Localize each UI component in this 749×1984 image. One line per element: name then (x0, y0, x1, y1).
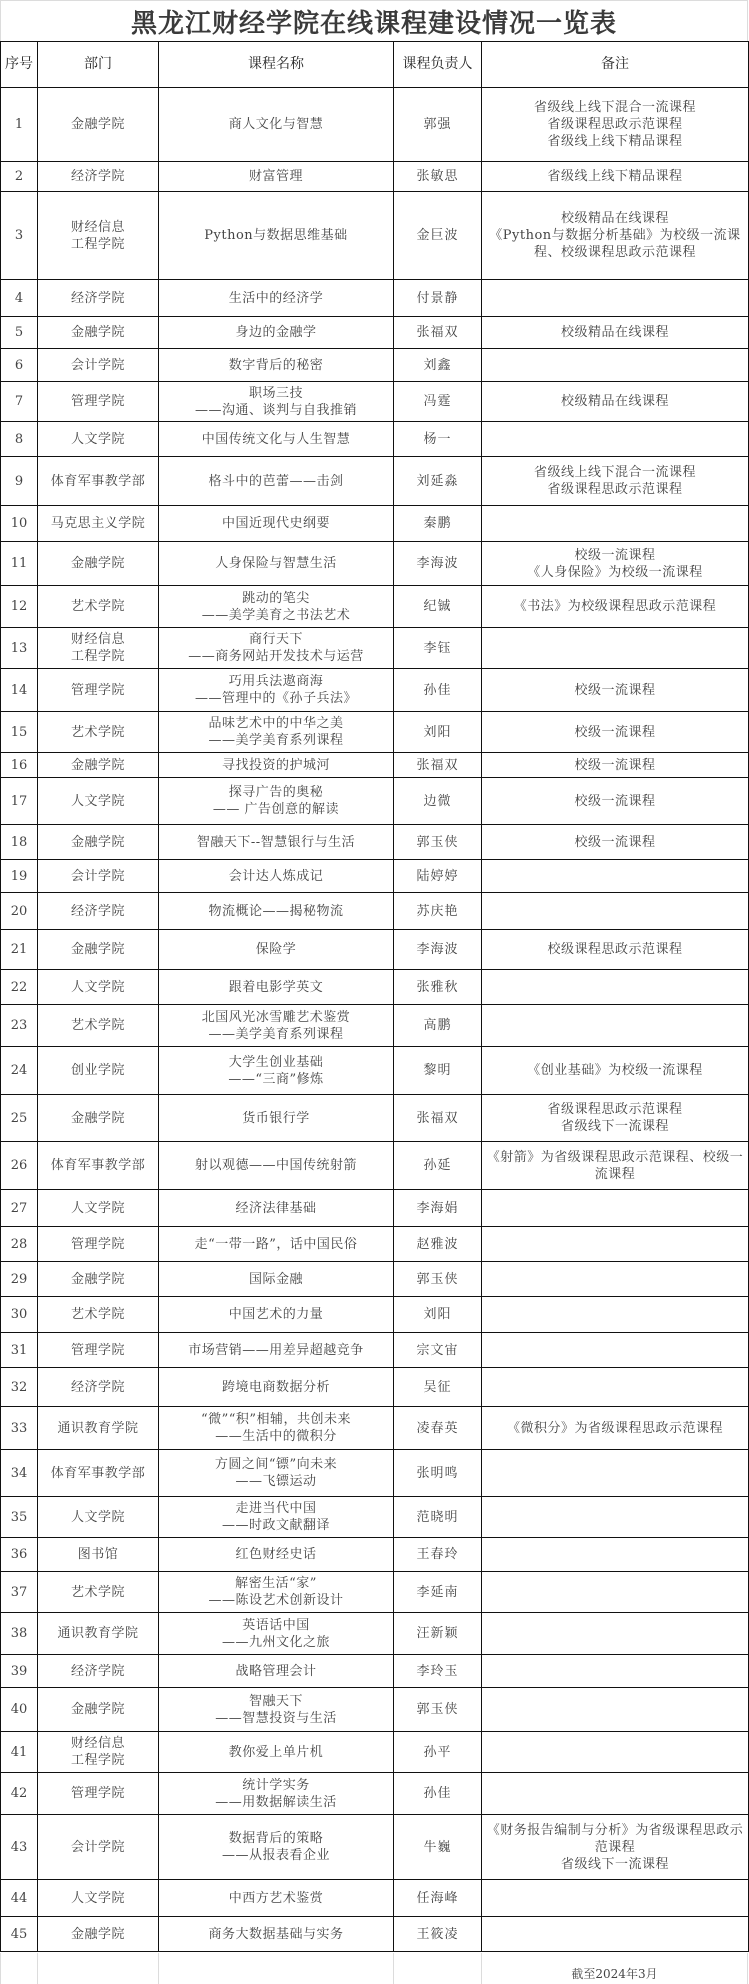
cell-course-lead: 李海波 (394, 542, 482, 586)
cell-course-name: 走“一带一路”，话中国民俗 (159, 1227, 394, 1262)
cell-dept: 金融学院 (38, 317, 159, 349)
table-row: 28 管理学院 走“一带一路”，话中国民俗 赵雅波 (1, 1227, 749, 1262)
header-course-lead: 课程负责人 (394, 42, 482, 88)
cell-note (482, 422, 749, 457)
cell-course-name: 智融天下 ——智慧投资与生活 (159, 1688, 394, 1732)
cell-no: 19 (1, 860, 38, 893)
title-area: 黑龙江财经学院在线课程建设情况一览表 (0, 0, 748, 41)
cell-note (482, 280, 749, 317)
cell-course-name: 教你爱上单片机 (159, 1732, 394, 1773)
cell-note (482, 1297, 749, 1333)
table-row: 17 人文学院 探寻广告的奥秘 —— 广告创意的解读 边微 校级一流课程 (1, 778, 749, 825)
table-row: 10 马克思主义学院 中国近现代史纲要 秦鹏 (1, 506, 749, 542)
cell-course-lead: 刘鑫 (394, 349, 482, 382)
cell-no: 7 (1, 382, 38, 422)
cell-note (482, 1732, 749, 1773)
cell-note (482, 893, 749, 930)
cell-note (482, 628, 749, 669)
cell-dept: 金融学院 (38, 542, 159, 586)
cell-course-name: 红色财经史话 (159, 1538, 394, 1572)
cell-no: 23 (1, 1005, 38, 1047)
cell-dept: 会计学院 (38, 1815, 159, 1880)
cell-no: 45 (1, 1917, 38, 1952)
table-row: 31 管理学院 市场营销——用差异超越竞争 宗文宙 (1, 1333, 749, 1368)
cell-dept: 艺术学院 (38, 1297, 159, 1333)
cell-no: 25 (1, 1095, 38, 1142)
cell-course-name: 跟着电影学英文 (159, 970, 394, 1005)
header-note: 备注 (482, 42, 749, 88)
cell-course-name: 北国风光冰雪雕艺术鉴赏 ——美学美育系列课程 (159, 1005, 394, 1047)
table-row: 13 财经信息 工程学院 商行天下 ——商务网站开发技术与运营 李钰 (1, 628, 749, 669)
cell-course-lead: 牛巍 (394, 1815, 482, 1880)
header-no: 序号 (1, 42, 38, 88)
course-table: 序号 部门 课程名称 课程负责人 备注 1 金融学院 商人文化与智慧 郭强 省级… (0, 41, 749, 1952)
cell-course-name: 大学生创业基础 ——“三商”修炼 (159, 1047, 394, 1095)
cell-course-name: 会计达人炼成记 (159, 860, 394, 893)
cell-course-lead: 李海娟 (394, 1190, 482, 1227)
cell-no: 35 (1, 1497, 38, 1538)
table-row: 26 体育军事教学部 射以观德——中国传统射箭 孙延 《射箭》为省级课程思政示范… (1, 1142, 749, 1190)
cell-dept: 经济学院 (38, 893, 159, 930)
header-dept: 部门 (38, 42, 159, 88)
gridline (393, 1953, 394, 1984)
cell-note: 校级课程思政示范课程 (482, 930, 749, 970)
table-row: 35 人文学院 走进当代中国 ——时政文献翻译 范晓明 (1, 1497, 749, 1538)
cell-course-name: 人身保险与智慧生活 (159, 542, 394, 586)
cell-dept: 会计学院 (38, 860, 159, 893)
cell-dept: 金融学院 (38, 753, 159, 778)
cell-note (482, 1917, 749, 1952)
cell-note (482, 1190, 749, 1227)
cell-course-lead: 杨一 (394, 422, 482, 457)
cell-course-name: 中西方艺术鉴赏 (159, 1880, 394, 1917)
cell-note: 校级精品在线课程 (482, 382, 749, 422)
cell-no: 36 (1, 1538, 38, 1572)
cell-no: 32 (1, 1368, 38, 1407)
cell-course-lead: 张敏思 (394, 162, 482, 192)
table-row: 24 创业学院 大学生创业基础 ——“三商”修炼 黎明 《创业基础》为校级一流课… (1, 1047, 749, 1095)
cell-note (482, 1613, 749, 1655)
page-title: 黑龙江财经学院在线课程建设情况一览表 (131, 3, 617, 40)
table-row: 5 金融学院 身边的金融学 张福双 校级精品在线课程 (1, 317, 749, 349)
cell-dept: 创业学院 (38, 1047, 159, 1095)
cell-course-name: 寻找投资的护城河 (159, 753, 394, 778)
table-row: 18 金融学院 智融天下--智慧银行与生活 郭玉侠 校级一流课程 (1, 825, 749, 860)
cell-course-lead: 张福双 (394, 753, 482, 778)
cell-note: 省级课程思政示范课程 省级线下一流课程 (482, 1095, 749, 1142)
cell-dept: 体育军事教学部 (38, 457, 159, 506)
cell-course-lead: 金巨波 (394, 192, 482, 280)
cell-dept: 经济学院 (38, 1655, 159, 1688)
table-row: 40 金融学院 智融天下 ——智慧投资与生活 郭玉侠 (1, 1688, 749, 1732)
cell-note (482, 970, 749, 1005)
cell-no: 28 (1, 1227, 38, 1262)
cell-dept: 管理学院 (38, 669, 159, 712)
cell-course-name: 格斗中的芭蕾——击剑 (159, 457, 394, 506)
cell-course-name: 数据背后的策略 ——从报表看企业 (159, 1815, 394, 1880)
cell-dept: 金融学院 (38, 1262, 159, 1297)
cell-dept: 财经信息 工程学院 (38, 1732, 159, 1773)
cell-course-lead: 郭玉侠 (394, 1262, 482, 1297)
table-row: 38 通识教育学院 英语话中国 ——九州文化之旅 汪新颖 (1, 1613, 749, 1655)
cell-course-lead: 孙平 (394, 1732, 482, 1773)
cell-course-lead: 张明鸣 (394, 1450, 482, 1497)
cell-dept: 人文学院 (38, 1190, 159, 1227)
cell-course-name: 职场三技 ——沟通、谈判与自我推销 (159, 382, 394, 422)
cell-course-lead: 汪新颖 (394, 1613, 482, 1655)
cell-dept: 通识教育学院 (38, 1613, 159, 1655)
table-row: 22 人文学院 跟着电影学英文 张雅秋 (1, 970, 749, 1005)
table-row: 1 金融学院 商人文化与智慧 郭强 省级线上线下混合一流课程 省级课程思政示范课… (1, 88, 749, 162)
cell-course-name: 市场营销——用差异超越竞争 (159, 1333, 394, 1368)
cell-course-lead: 王春玲 (394, 1538, 482, 1572)
cell-no: 16 (1, 753, 38, 778)
cell-course-name: 物流概论——揭秘物流 (159, 893, 394, 930)
table-body: 1 金融学院 商人文化与智慧 郭强 省级线上线下混合一流课程 省级课程思政示范课… (1, 88, 749, 1952)
cell-course-lead: 纪铖 (394, 586, 482, 628)
cell-note: 省级线上线下混合一流课程 省级课程思政示范课程 省级线上线下精品课程 (482, 88, 749, 162)
cell-dept: 会计学院 (38, 349, 159, 382)
cell-no: 41 (1, 1732, 38, 1773)
cell-course-lead: 黎明 (394, 1047, 482, 1095)
cell-note: 校级一流课程 《人身保险》为校级一流课程 (482, 542, 749, 586)
cell-course-lead: 郭强 (394, 88, 482, 162)
cell-course-name: 国际金融 (159, 1262, 394, 1297)
cell-course-lead: 郭玉侠 (394, 825, 482, 860)
cell-course-lead: 秦鹏 (394, 506, 482, 542)
cell-dept: 管理学院 (38, 1227, 159, 1262)
table-row: 29 金融学院 国际金融 郭玉侠 (1, 1262, 749, 1297)
table-row: 11 金融学院 人身保险与智慧生活 李海波 校级一流课程 《人身保险》为校级一流… (1, 542, 749, 586)
cell-dept: 金融学院 (38, 930, 159, 970)
cell-note: 省级线上线下混合一流课程 省级课程思政示范课程 (482, 457, 749, 506)
cell-course-name: 生活中的经济学 (159, 280, 394, 317)
cell-note (482, 1368, 749, 1407)
table-row: 34 体育军事教学部 方圆之间“镖”向未来 ——飞镖运动 张明鸣 (1, 1450, 749, 1497)
cell-course-lead: 凌春英 (394, 1407, 482, 1450)
cell-course-lead: 吴征 (394, 1368, 482, 1407)
cell-no: 1 (1, 88, 38, 162)
cell-dept: 艺术学院 (38, 1572, 159, 1613)
cell-note: 校级一流课程 (482, 712, 749, 753)
cell-no: 11 (1, 542, 38, 586)
cell-note: 《书法》为校级课程思政示范课程 (482, 586, 749, 628)
cell-no: 6 (1, 349, 38, 382)
cell-no: 31 (1, 1333, 38, 1368)
cell-course-name: 中国艺术的力量 (159, 1297, 394, 1333)
cell-no: 42 (1, 1773, 38, 1815)
table-row: 32 经济学院 跨境电商数据分析 吴征 (1, 1368, 749, 1407)
cell-course-name: 品味艺术中的中华之美 ——美学美育系列课程 (159, 712, 394, 753)
cell-no: 8 (1, 422, 38, 457)
header-course-name: 课程名称 (159, 42, 394, 88)
cell-note (482, 1227, 749, 1262)
cell-course-lead: 范晓明 (394, 1497, 482, 1538)
cell-no: 10 (1, 506, 38, 542)
cell-course-lead: 赵雅波 (394, 1227, 482, 1262)
cell-course-lead: 陆婷婷 (394, 860, 482, 893)
cell-course-name: 统计学实务 ——用数据解读生活 (159, 1773, 394, 1815)
cell-note (482, 506, 749, 542)
cell-course-name: 英语话中国 ——九州文化之旅 (159, 1613, 394, 1655)
cell-no: 21 (1, 930, 38, 970)
table-row: 42 管理学院 统计学实务 ——用数据解读生活 孙佳 (1, 1773, 749, 1815)
cell-note: 《射箭》为省级课程思政示范课程、校级一流课程 (482, 1142, 749, 1190)
table-row: 3 财经信息 工程学院 Python与数据思维基础 金巨波 校级精品在线课程 《… (1, 192, 749, 280)
cell-dept: 艺术学院 (38, 1005, 159, 1047)
cell-dept: 管理学院 (38, 382, 159, 422)
footer-row: 截至2024年3月 (0, 1953, 748, 1984)
cell-note (482, 1262, 749, 1297)
cell-course-lead: 付景静 (394, 280, 482, 317)
cell-dept: 经济学院 (38, 280, 159, 317)
cell-course-lead: 边微 (394, 778, 482, 825)
table-row: 39 经济学院 战略管理会计 李玲玉 (1, 1655, 749, 1688)
table-header-row: 序号 部门 课程名称 课程负责人 备注 (1, 42, 749, 88)
cell-course-lead: 王筱凌 (394, 1917, 482, 1952)
cell-course-lead: 郭玉侠 (394, 1688, 482, 1732)
cell-note: 校级精品在线课程 《Python与数据分析基础》为校级一流课程、校级课程思政示范… (482, 192, 749, 280)
cell-dept: 金融学院 (38, 1688, 159, 1732)
cell-note (482, 1333, 749, 1368)
cell-no: 39 (1, 1655, 38, 1688)
cell-course-lead: 李海波 (394, 930, 482, 970)
table-row: 15 艺术学院 品味艺术中的中华之美 ——美学美育系列课程 刘阳 校级一流课程 (1, 712, 749, 753)
gridline (37, 1953, 38, 1984)
cell-course-lead: 苏庆艳 (394, 893, 482, 930)
cell-dept: 体育军事教学部 (38, 1450, 159, 1497)
cell-course-name: 商人文化与智慧 (159, 88, 394, 162)
cell-dept: 经济学院 (38, 162, 159, 192)
table-row: 4 经济学院 生活中的经济学 付景静 (1, 280, 749, 317)
table-row: 27 人文学院 经济法律基础 李海娟 (1, 1190, 749, 1227)
cell-dept: 管理学院 (38, 1333, 159, 1368)
cell-note: 校级一流课程 (482, 753, 749, 778)
cell-no: 40 (1, 1688, 38, 1732)
table-row: 19 会计学院 会计达人炼成记 陆婷婷 (1, 860, 749, 893)
cell-no: 24 (1, 1047, 38, 1095)
cell-note (482, 1880, 749, 1917)
cell-no: 22 (1, 970, 38, 1005)
cell-course-lead: 冯霆 (394, 382, 482, 422)
cell-course-name: 货币银行学 (159, 1095, 394, 1142)
cell-dept: 经济学院 (38, 1368, 159, 1407)
cell-no: 20 (1, 893, 38, 930)
cell-note: 省级线上线下精品课程 (482, 162, 749, 192)
cell-no: 17 (1, 778, 38, 825)
cell-dept: 人文学院 (38, 778, 159, 825)
table-row: 2 经济学院 财富管理 张敏思 省级线上线下精品课程 (1, 162, 749, 192)
table-row: 41 财经信息 工程学院 教你爱上单片机 孙平 (1, 1732, 749, 1773)
cell-course-lead: 张福双 (394, 1095, 482, 1142)
table-row: 30 艺术学院 中国艺术的力量 刘阳 (1, 1297, 749, 1333)
cell-course-name: 探寻广告的奥秘 —— 广告创意的解读 (159, 778, 394, 825)
cell-note: 校级一流课程 (482, 825, 749, 860)
table-row: 20 经济学院 物流概论——揭秘物流 苏庆艳 (1, 893, 749, 930)
cell-note: 校级一流课程 (482, 669, 749, 712)
cell-dept: 金融学院 (38, 88, 159, 162)
cell-course-name: 战略管理会计 (159, 1655, 394, 1688)
cell-course-name: Python与数据思维基础 (159, 192, 394, 280)
cell-no: 29 (1, 1262, 38, 1297)
cell-no: 5 (1, 317, 38, 349)
cell-note (482, 1538, 749, 1572)
cell-note (482, 1688, 749, 1732)
cell-course-name: 走进当代中国 ——时政文献翻译 (159, 1497, 394, 1538)
cell-no: 14 (1, 669, 38, 712)
cell-note: 校级一流课程 (482, 778, 749, 825)
cell-course-lead: 李钰 (394, 628, 482, 669)
cell-no: 44 (1, 1880, 38, 1917)
table-row: 25 金融学院 货币银行学 张福双 省级课程思政示范课程 省级线下一流课程 (1, 1095, 749, 1142)
table-row: 43 会计学院 数据背后的策略 ——从报表看企业 牛巍 《财务报告编制与分析》为… (1, 1815, 749, 1880)
cell-note: 《微积分》为省级课程思政示范课程 (482, 1407, 749, 1450)
cell-no: 43 (1, 1815, 38, 1880)
cell-no: 18 (1, 825, 38, 860)
cell-course-name: 跨境电商数据分析 (159, 1368, 394, 1407)
cell-no: 15 (1, 712, 38, 753)
cell-dept: 管理学院 (38, 1773, 159, 1815)
cell-no: 30 (1, 1297, 38, 1333)
cell-no: 38 (1, 1613, 38, 1655)
cell-note (482, 1572, 749, 1613)
cell-no: 2 (1, 162, 38, 192)
cell-no: 26 (1, 1142, 38, 1190)
cell-course-name: 跳动的笔尖 ——美学美育之书法艺术 (159, 586, 394, 628)
cell-course-name: 财富管理 (159, 162, 394, 192)
cell-note (482, 1497, 749, 1538)
cell-note (482, 1655, 749, 1688)
table-row: 44 人文学院 中西方艺术鉴赏 任海峰 (1, 1880, 749, 1917)
cell-dept: 金融学院 (38, 1095, 159, 1142)
cell-dept: 金融学院 (38, 1917, 159, 1952)
cell-course-lead: 刘阳 (394, 712, 482, 753)
cell-course-lead: 张雅秋 (394, 970, 482, 1005)
cell-course-lead: 张福双 (394, 317, 482, 349)
as-of-date: 截至2024年3月 (481, 1965, 748, 1982)
cell-dept: 通识教育学院 (38, 1407, 159, 1450)
cell-no: 27 (1, 1190, 38, 1227)
cell-note: 校级精品在线课程 (482, 317, 749, 349)
table-row: 8 人文学院 中国传统文化与人生智慧 杨一 (1, 422, 749, 457)
cell-course-name: 中国近现代史纲要 (159, 506, 394, 542)
cell-no: 37 (1, 1572, 38, 1613)
cell-course-name: 保险学 (159, 930, 394, 970)
cell-dept: 艺术学院 (38, 586, 159, 628)
table-row: 14 管理学院 巧用兵法遨商海 ——管理中的《孙子兵法》 孙佳 校级一流课程 (1, 669, 749, 712)
gridline (158, 1953, 159, 1984)
cell-dept: 金融学院 (38, 825, 159, 860)
cell-dept: 艺术学院 (38, 712, 159, 753)
cell-note: 《创业基础》为校级一流课程 (482, 1047, 749, 1095)
table-row: 16 金融学院 寻找投资的护城河 张福双 校级一流课程 (1, 753, 749, 778)
cell-no: 3 (1, 192, 38, 280)
cell-course-name: 商务大数据基础与实务 (159, 1917, 394, 1952)
cell-course-name: 经济法律基础 (159, 1190, 394, 1227)
cell-dept: 体育军事教学部 (38, 1142, 159, 1190)
cell-course-lead: 孙佳 (394, 1773, 482, 1815)
cell-course-name: 身边的金融学 (159, 317, 394, 349)
cell-course-lead: 李延南 (394, 1572, 482, 1613)
table-row: 9 体育军事教学部 格斗中的芭蕾——击剑 刘延淼 省级线上线下混合一流课程 省级… (1, 457, 749, 506)
table-row: 23 艺术学院 北国风光冰雪雕艺术鉴赏 ——美学美育系列课程 高鹏 (1, 1005, 749, 1047)
table-row: 36 图书馆 红色财经史话 王春玲 (1, 1538, 749, 1572)
table-row: 12 艺术学院 跳动的笔尖 ——美学美育之书法艺术 纪铖 《书法》为校级课程思政… (1, 586, 749, 628)
table-row: 7 管理学院 职场三技 ——沟通、谈判与自我推销 冯霆 校级精品在线课程 (1, 382, 749, 422)
cell-note (482, 1450, 749, 1497)
cell-course-lead: 刘阳 (394, 1297, 482, 1333)
cell-dept: 人文学院 (38, 970, 159, 1005)
cell-dept: 财经信息 工程学院 (38, 628, 159, 669)
cell-no: 4 (1, 280, 38, 317)
cell-no: 33 (1, 1407, 38, 1450)
table-row: 45 金融学院 商务大数据基础与实务 王筱凌 (1, 1917, 749, 1952)
cell-course-name: 射以观德——中国传统射箭 (159, 1142, 394, 1190)
cell-course-lead: 孙延 (394, 1142, 482, 1190)
cell-course-name: 智融天下--智慧银行与生活 (159, 825, 394, 860)
cell-course-name: 解密生活“家” ——陈设艺术创新设计 (159, 1572, 394, 1613)
cell-course-lead: 孙佳 (394, 669, 482, 712)
cell-course-lead: 李玲玉 (394, 1655, 482, 1688)
cell-no: 9 (1, 457, 38, 506)
cell-note (482, 1005, 749, 1047)
cell-note (482, 349, 749, 382)
cell-no: 13 (1, 628, 38, 669)
cell-note: 《财务报告编制与分析》为省级课程思政示范课程 省级线下一流课程 (482, 1815, 749, 1880)
table-row: 21 金融学院 保险学 李海波 校级课程思政示范课程 (1, 930, 749, 970)
cell-course-lead: 任海峰 (394, 1880, 482, 1917)
cell-course-name: 巧用兵法遨商海 ——管理中的《孙子兵法》 (159, 669, 394, 712)
cell-note (482, 860, 749, 893)
cell-course-lead: 刘延淼 (394, 457, 482, 506)
cell-dept: 图书馆 (38, 1538, 159, 1572)
cell-dept: 马克思主义学院 (38, 506, 159, 542)
cell-dept: 人文学院 (38, 1880, 159, 1917)
cell-course-name: 中国传统文化与人生智慧 (159, 422, 394, 457)
cell-no: 34 (1, 1450, 38, 1497)
table-row: 37 艺术学院 解密生活“家” ——陈设艺术创新设计 李延南 (1, 1572, 749, 1613)
cell-dept: 人文学院 (38, 422, 159, 457)
cell-dept: 财经信息 工程学院 (38, 192, 159, 280)
cell-dept: 人文学院 (38, 1497, 159, 1538)
table-row: 33 通识教育学院 “微”“积”相辅，共创未来 ——生活中的微积分 凌春英 《微… (1, 1407, 749, 1450)
table-row: 6 会计学院 数字背后的秘密 刘鑫 (1, 349, 749, 382)
cell-course-lead: 宗文宙 (394, 1333, 482, 1368)
cell-course-name: 数字背后的秘密 (159, 349, 394, 382)
cell-course-name: “微”“积”相辅，共创未来 ——生活中的微积分 (159, 1407, 394, 1450)
cell-course-name: 方圆之间“镖”向未来 ——飞镖运动 (159, 1450, 394, 1497)
cell-note (482, 1773, 749, 1815)
cell-no: 12 (1, 586, 38, 628)
cell-course-name: 商行天下 ——商务网站开发技术与运营 (159, 628, 394, 669)
gridline (0, 1953, 1, 1984)
cell-course-lead: 高鹏 (394, 1005, 482, 1047)
